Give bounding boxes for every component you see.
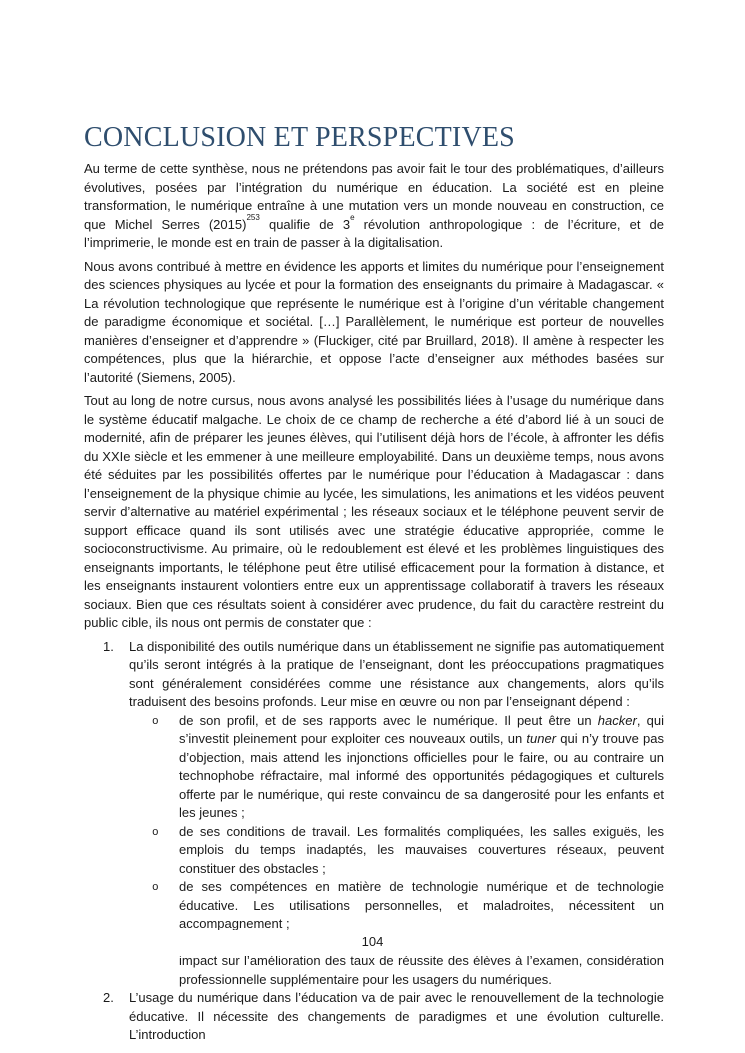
list-item-2-text: L’usage du numérique dans l’éducation va… — [129, 990, 664, 1042]
document-page: CONCLUSION ET PERSPECTIVES Au terme de c… — [0, 0, 745, 1053]
list-item-1-number: 1. — [103, 638, 114, 657]
list-item-1-text: La disponibilité des outils numérique da… — [129, 639, 664, 710]
page-footer: 104 — [0, 930, 745, 956]
list-item-2: 2. L’usage du numérique dans l’éducation… — [84, 989, 664, 1045]
sub-bullet-item-3-text: de ses compétences en matière de technol… — [179, 879, 664, 931]
sub-bullet-item-1: o de son profil, et de ses rapports avec… — [129, 712, 664, 823]
page-title: CONCLUSION ET PERSPECTIVES — [84, 122, 664, 153]
sub-bullet-item-2-text: de ses conditions de travail. Les formal… — [179, 824, 664, 876]
list-item-2-number: 2. — [103, 989, 114, 1008]
circle-bullet-icon: o — [152, 879, 159, 898]
numbered-list: 1. La disponibilité des outils numérique… — [84, 638, 664, 1045]
page-number: 104 — [362, 934, 384, 949]
sub-bullet-item-3: o de ses compétences en matière de techn… — [129, 878, 664, 934]
paragraph-1: Au terme de cette synthèse, nous ne prét… — [84, 160, 664, 253]
page-content: CONCLUSION ET PERSPECTIVES Au terme de c… — [84, 122, 664, 1045]
paragraph-3: Tout au long de notre cursus, nous avons… — [84, 392, 664, 633]
circle-bullet-icon: o — [152, 824, 159, 843]
paragraph-2: Nous avons contribué à mettre en évidenc… — [84, 258, 664, 388]
sub-bullet-item-1-text: de son profil, et de ses rapports avec l… — [179, 713, 664, 821]
circle-bullet-icon: o — [152, 713, 159, 732]
sub-bullet-item-2: o de ses conditions de travail. Les form… — [129, 823, 664, 879]
